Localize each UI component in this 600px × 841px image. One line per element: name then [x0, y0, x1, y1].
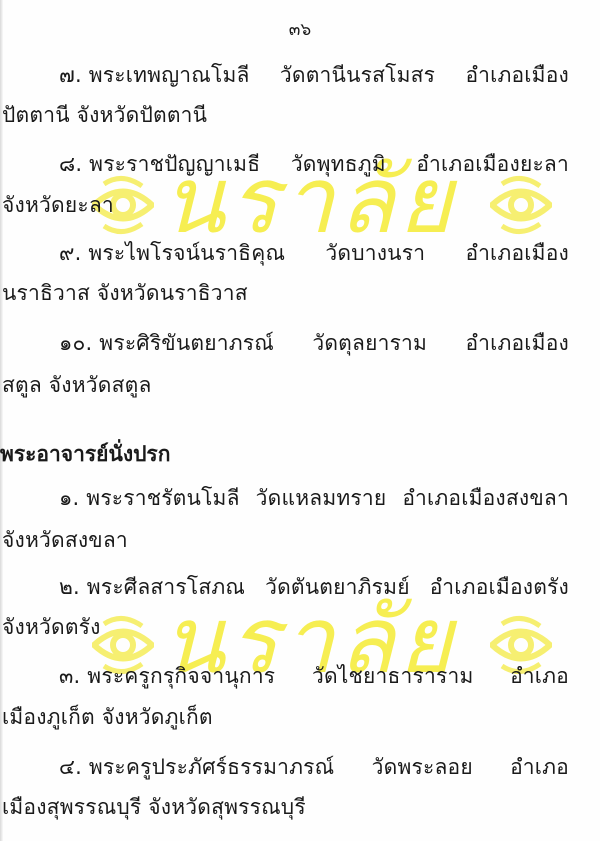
list-item-10-line1: ๑๐. พระศิริขันตยาภรณ์ วัดตุลยาราม อำเภอเ… [59, 330, 569, 356]
district: อำเภอเมือง [465, 330, 569, 356]
temple-name: วัดพุทธภูมิ [291, 151, 386, 177]
monk-title: ๘. พระราชปัญญาเมธี [59, 151, 260, 177]
temple-name: วัดไชยาธาราราม [312, 663, 474, 689]
district: อำเภอเมือง [465, 62, 569, 88]
monk-title: ๑๐. พระศิริขันตยาภรณ์ [59, 330, 274, 356]
temple-name: วัดตุลยาราม [312, 330, 427, 356]
temple-name: วัดพระลอย [372, 754, 473, 780]
temple-name: วัดตานีนรสโมสร [280, 62, 435, 88]
list-item-b3-line2: เมืองภูเก็ต จังหวัดภูเก็ต [2, 704, 213, 730]
monk-title: ๔. พระครูประภัศร์ธรรมาภรณ์ [59, 754, 334, 780]
list-item-10-line2: สตูล จังหวัดสตูล [2, 372, 152, 398]
list-item-9-line1: ๙. พระไพโรจน์นราธิคุณ วัดบางนรา อำเภอเมื… [59, 240, 569, 266]
list-item-b1-line1: ๑. พระราชรัตนโมลี วัดแหลมทราย อำเภอเมือง… [59, 485, 569, 511]
section-heading: พระอาจารย์นั่งปรก [0, 441, 170, 467]
eye-icon [490, 174, 552, 236]
list-item-b1-line2: จังหวัดสงขลา [2, 527, 128, 553]
temple-name: วัดแหลมทราย [256, 485, 387, 511]
temple-name: วัดบางนรา [325, 240, 425, 266]
district: อำเภอเมือง [465, 240, 569, 266]
list-item-9-line2: นราธิวาส จังหวัดนราธิวาส [2, 280, 248, 306]
list-item-8-line1: ๘. พระราชปัญญาเมธี วัดพุทธภูมิ อำเภอเมือ… [59, 151, 569, 177]
district: อำเภอ [510, 663, 569, 689]
monk-title: ๙. พระไพโรจน์นราธิคุณ [59, 240, 285, 266]
list-item-7-line1: ๗. พระเทพญาณโมลี วัดตานีนรสโมสร อำเภอเมื… [59, 62, 569, 88]
document-page: นราลัย นราลัย ๓๖ ๗. พระเทพญาณโมลี วัดตาน… [0, 0, 600, 841]
monk-title: ๑. พระราชรัตนโมลี [59, 485, 240, 511]
list-item-b4-line1: ๔. พระครูประภัศร์ธรรมาภรณ์ วัดพระลอย อำเ… [59, 754, 569, 780]
district: อำเภอเมืองยะลา [416, 151, 569, 177]
district: อำเภอเมืองตรัง [430, 574, 569, 600]
list-item-b2-line2: จังหวัดตรัง [2, 614, 101, 640]
list-item-b4-line2: เมืองสุพรรณบุรี จังหวัดสุพรรณบุรี [2, 794, 306, 820]
district: อำเภอ [510, 754, 569, 780]
monk-title: ๗. พระเทพญาณโมลี [59, 62, 250, 88]
monk-title: ๒. พระศีลสารโสภณ [59, 574, 245, 600]
district: อำเภอเมืองสงขลา [402, 485, 569, 511]
monk-title: ๓. พระครูกรุกิจจานุการ [59, 663, 275, 689]
list-item-8-line2: จังหวัดยะลา [2, 192, 114, 218]
temple-name: วัดตันตยาภิรมย์ [265, 574, 410, 600]
list-item-7-line2: ปัตตานี จังหวัดปัตตานี [2, 102, 207, 128]
list-item-b2-line1: ๒. พระศีลสารโสภณ วัดตันตยาภิรมย์ อำเภอเม… [59, 574, 569, 600]
page-number: ๓๖ [0, 16, 600, 43]
list-item-b3-line1: ๓. พระครูกรุกิจจานุการ วัดไชยาธาราราม อำ… [59, 663, 569, 689]
